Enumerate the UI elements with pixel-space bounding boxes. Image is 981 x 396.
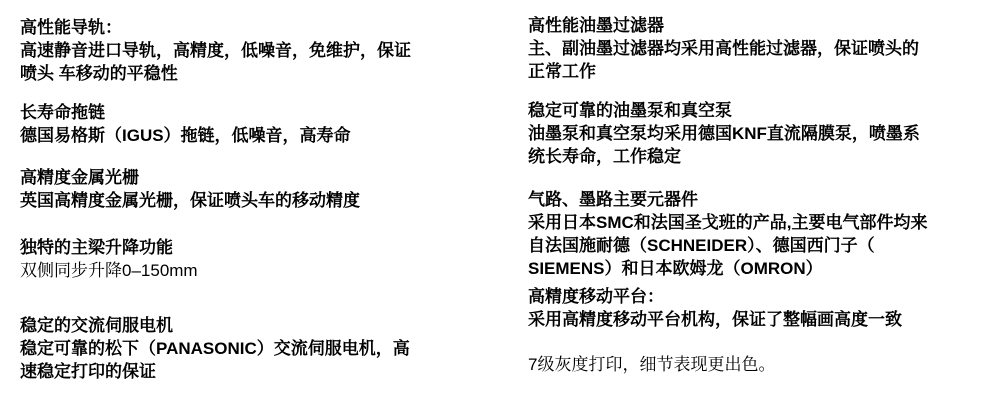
feature-block-grayscale-note: 7级灰度打印，细节表现更出色。 — [528, 353, 978, 376]
feature-heading: 独特的主梁升降功能 — [20, 236, 470, 259]
feature-block-ink-vacuum-pump: 稳定可靠的油墨泵和真空泵 油墨泵和真空泵均采用德国KNF直流隔膜泵，喷墨系 统长… — [528, 99, 978, 168]
feature-heading: 稳定的交流伺服电机 — [20, 314, 470, 337]
feature-text-line: 速稳定打印的保证 — [20, 360, 470, 383]
feature-block-air-ink-components: 气路、墨路主要元器件 采用日本SMC和法国圣戈班的产品,主要电气部件均来 自法国… — [528, 188, 978, 280]
feature-document-page: 高性能导轨： 高速静音进口导轨，高精度，低噪音，免维护，保证 喷头 车移动的平稳… — [0, 0, 981, 396]
feature-heading: 高性能导轨： — [20, 16, 470, 39]
feature-text-line: 采用日本SMC和法国圣戈班的产品,主要电气部件均来 — [528, 211, 978, 234]
feature-block-metal-grating: 高精度金属光栅 英国高精度金属光栅，保证喷头车的移动精度 — [20, 166, 470, 212]
feature-text-line: 采用高精度移动平台机构，保证了整幅画高度一致 — [528, 308, 978, 331]
feature-block-guide-rail: 高性能导轨： 高速静音进口导轨，高精度，低噪音，免维护，保证 喷头 车移动的平稳… — [20, 16, 470, 85]
feature-text-line: 统长寿命，工作稳定 — [528, 145, 978, 168]
feature-heading: 稳定可靠的油墨泵和真空泵 — [528, 99, 978, 122]
feature-block-servo-motor: 稳定的交流伺服电机 稳定可靠的松下（PANASONIC）交流伺服电机，高 速稳定… — [20, 314, 470, 383]
feature-heading: 长寿命拖链 — [20, 101, 470, 124]
feature-block-moving-platform: 高精度移动平台： 采用高精度移动平台机构，保证了整幅画高度一致 — [528, 285, 978, 331]
feature-text-line: 主、副油墨过滤器均采用高性能过滤器，保证喷头的 — [528, 37, 978, 60]
feature-text-line: 稳定可靠的松下（PANASONIC）交流伺服电机，高 — [20, 337, 470, 360]
feature-block-ink-filter: 高性能油墨过滤器 主、副油墨过滤器均采用高性能过滤器，保证喷头的 正常工作 — [528, 14, 978, 83]
feature-heading: 气路、墨路主要元器件 — [528, 188, 978, 211]
feature-text-line: 高速静音进口导轨，高精度，低噪音，免维护，保证 — [20, 39, 470, 62]
feature-text-line: 正常工作 — [528, 60, 978, 83]
feature-block-beam-lift: 独特的主梁升降功能 双侧同步升降0–150mm — [20, 236, 470, 282]
right-feature-column: 高性能油墨过滤器 主、副油墨过滤器均采用高性能过滤器，保证喷头的 正常工作 稳定… — [528, 0, 978, 396]
left-feature-column: 高性能导轨： 高速静音进口导轨，高精度，低噪音，免维护，保证 喷头 车移动的平稳… — [20, 0, 470, 396]
feature-block-drag-chain: 长寿命拖链 德国易格斯（IGUS）拖链，低噪音，高寿命 — [20, 101, 470, 147]
feature-heading: 高精度金属光栅 — [20, 166, 470, 189]
feature-text-line: 7级灰度打印，细节表现更出色。 — [528, 353, 978, 376]
feature-text-line: SIEMENS）和日本欧姆龙（OMRON） — [528, 257, 978, 280]
feature-heading: 高精度移动平台： — [528, 285, 978, 308]
feature-text-line: 双侧同步升降0–150mm — [20, 259, 470, 282]
feature-text-line: 自法国施耐德（SCHNEIDER）、德国西门子（ — [528, 234, 978, 257]
feature-text-line: 喷头 车移动的平稳性 — [20, 62, 470, 85]
feature-text-line: 油墨泵和真空泵均采用德国KNF直流隔膜泵，喷墨系 — [528, 122, 978, 145]
feature-text-line: 英国高精度金属光栅，保证喷头车的移动精度 — [20, 189, 470, 212]
feature-text-line: 德国易格斯（IGUS）拖链，低噪音，高寿命 — [20, 124, 470, 147]
feature-heading: 高性能油墨过滤器 — [528, 14, 978, 37]
